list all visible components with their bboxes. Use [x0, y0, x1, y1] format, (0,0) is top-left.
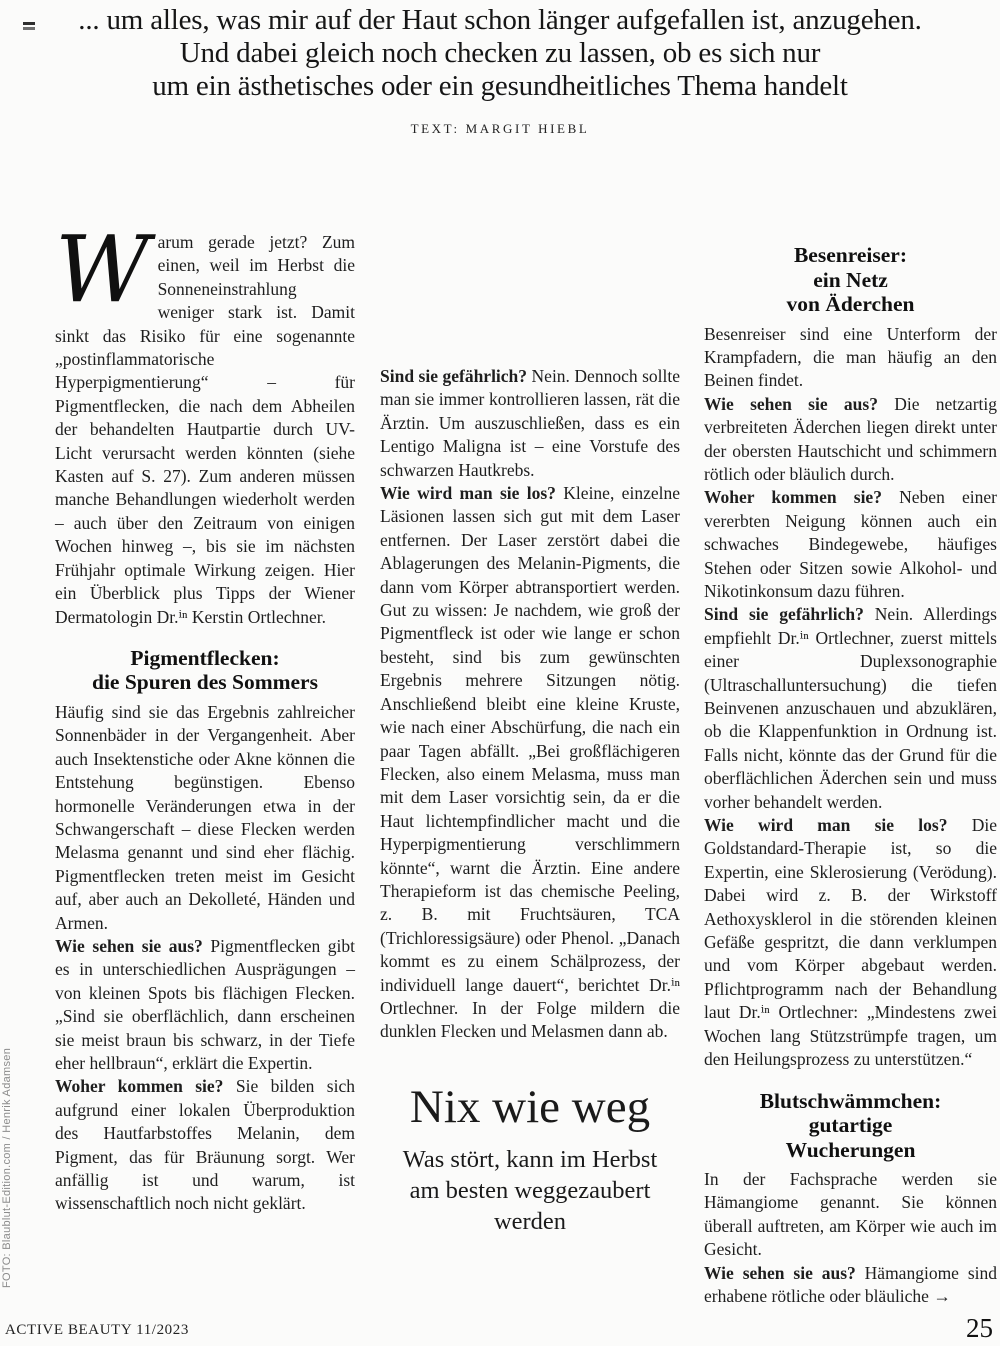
- paragraph-text: Pigmentflecken gibt es in unterschiedlic…: [55, 936, 355, 1073]
- qa-lead: Woher kommen sie?: [704, 487, 882, 507]
- headline-line-1: ... um alles, was mir auf der Haut schon…: [0, 4, 1000, 37]
- magazine-name: ACTIVE BEAUTY 11/2023: [5, 1322, 189, 1339]
- qa-lead: Wie sehen sie aus?: [704, 394, 878, 414]
- page-number: 25: [966, 1313, 993, 1344]
- qa-lead: Sind sie gefährlich?: [380, 366, 527, 386]
- section-title-besenreiser: Besenreiser: ein Netz von Äderchen: [704, 243, 997, 317]
- qa-lead: Wie wird man sie los?: [380, 483, 556, 503]
- qa-paragraph: Wie sehen sie aus? Hämangiome sind erhab…: [704, 1262, 997, 1309]
- qa-paragraph: Wie sehen sie aus? Die netzartig verbrei…: [704, 393, 997, 487]
- qa-paragraph: Wie sehen sie aus? Pigmentflecken gibt e…: [55, 935, 355, 1075]
- headline-line-3: um ein ästhetisches oder ein gesundheitl…: [0, 70, 1000, 103]
- column-middle: Sind sie gefährlich? Nein. Dennoch sollt…: [380, 365, 680, 1237]
- column-left: Warum gerade jetzt? Zum einen, weil im H…: [55, 231, 355, 1216]
- drop-cap: W: [55, 235, 150, 305]
- photo-credit: FOTO: Blaublut-Edition.com / Henrik Adam…: [1, 982, 13, 1288]
- qa-paragraph: Sind sie gefährlich? Nein. Dennoch sollt…: [380, 365, 680, 482]
- paragraph-text: Besenreiser sind eine Unterform der Kram…: [704, 324, 997, 391]
- author-byline: TEXT: MARGIT HIEBL: [0, 121, 1000, 137]
- qa-paragraph: Sind sie gefährlich? Nein. Allerdings em…: [704, 603, 997, 814]
- qa-lead: Sind sie gefährlich?: [704, 604, 864, 624]
- magazine-page: ... um alles, was mir auf der Haut schon…: [0, 0, 1000, 1346]
- paragraph-text: Kleine, einzelne Läsionen lassen sich gu…: [380, 483, 680, 1041]
- body-paragraph: Besenreiser sind eine Unterform der Kram…: [704, 323, 997, 393]
- section-title-pigmentflecken: Pigmentflecken: die Spuren des Sommers: [55, 646, 355, 695]
- qa-lead: Wie sehen sie aus?: [55, 936, 203, 956]
- pull-quote-subtitle: Was stört, kann im Herbst am besten wegg…: [402, 1144, 658, 1237]
- body-paragraph: Häufig sind sie das Ergebnis zahlreicher…: [55, 701, 355, 935]
- qa-paragraph: Woher kommen sie? Sie bilden sich aufgru…: [55, 1075, 355, 1215]
- qa-lead: Wie wird man sie los?: [704, 815, 947, 835]
- qa-paragraph: Woher kommen sie? Neben einer vererbten …: [704, 486, 997, 603]
- pull-quote: Nix wie weg Was stört, kann im Herbst am…: [380, 1082, 680, 1237]
- body-paragraph: In der Fachsprache werden sie Hämangiome…: [704, 1168, 997, 1262]
- pull-quote-title: Nix wie weg: [380, 1082, 680, 1132]
- paragraph-text: Sie bilden sich aufgrund einer lokalen Ü…: [55, 1076, 355, 1213]
- intro-paragraph: Warum gerade jetzt? Zum einen, weil im H…: [55, 231, 355, 629]
- headline-line-2: Und dabei gleich noch checken zu lassen,…: [0, 37, 1000, 70]
- paragraph-text: In der Fachsprache werden sie Hämangiome…: [704, 1169, 997, 1259]
- paragraph-text: Häufig sind sie das Ergebnis zahlreicher…: [55, 702, 355, 933]
- column-right: Besenreiser: ein Netz von Äderchen Besen…: [704, 243, 997, 1308]
- qa-lead: Woher kommen sie?: [55, 1076, 223, 1096]
- qa-paragraph: Wie wird man sie los? Kleine, einzelne L…: [380, 482, 680, 1044]
- paragraph-text: Nein. Allerdings empfiehlt Dr.ⁱⁿ Ortlech…: [704, 604, 997, 811]
- qa-lead: Wie sehen sie aus?: [704, 1263, 856, 1283]
- qa-paragraph: Wie wird man sie los? Die Goldstandard-T…: [704, 814, 997, 1071]
- paragraph-text: Die Goldstandard-Therapie ist, so die Ex…: [704, 815, 997, 1069]
- section-title-blutschwaemmchen: Blutschwämmchen: gutartige Wucherungen: [704, 1089, 997, 1163]
- deck-headline: ... um alles, was mir auf der Haut schon…: [0, 4, 1000, 103]
